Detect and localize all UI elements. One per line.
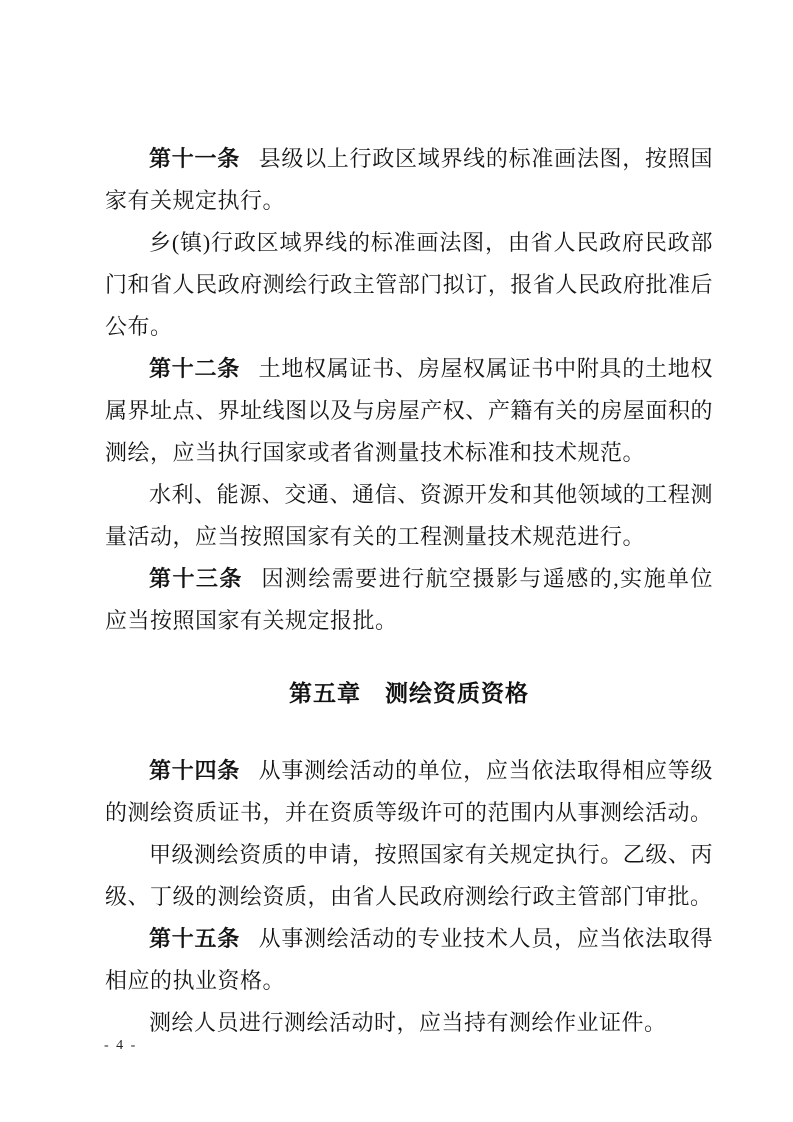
document-page: 第十一条县级以上行政区域界线的标准画法图，按照国家有关规定执行。 乡(镇)行政区… (0, 0, 793, 1122)
article-paragraph: 第十三条因测绘需要进行航空摄影与遥感的,实施单位应当按照国家有关规定报批。 (105, 558, 713, 642)
article-paragraph: 第十五条从事测绘活动的专业技术人员，应当依法取得相应的执业资格。 (105, 918, 713, 1002)
chapter-heading: 第五章 测绘资质资格 (105, 672, 713, 714)
article-number: 第十四条 (149, 758, 240, 783)
article-paragraph: 第十一条县级以上行政区域界线的标准画法图，按照国家有关规定执行。 (105, 138, 713, 222)
document-content: 第十一条县级以上行政区域界线的标准画法图，按照国家有关规定执行。 乡(镇)行政区… (105, 138, 713, 1044)
body-paragraph: 乡(镇)行政区域界线的标准画法图，由省人民政府民政部门和省人民政府测绘行政主管部… (105, 222, 713, 348)
article-number: 第十三条 (149, 566, 243, 591)
article-paragraph: 第十四条从事测绘活动的单位，应当依法取得相应等级的测绘资质证书，并在资质等级许可… (105, 750, 713, 834)
body-paragraph: 测绘人员进行测绘活动时，应当持有测绘作业证件。 (105, 1002, 713, 1044)
article-number: 第十五条 (149, 926, 240, 951)
body-paragraph: 甲级测绘资质的申请，按照国家有关规定执行。乙级、丙级、丁级的测绘资质，由省人民政… (105, 834, 713, 918)
article-number: 第十二条 (149, 356, 240, 381)
article-paragraph: 第十二条土地权属证书、房屋权属证书中附具的土地权属界址点、界址线图以及与房屋产权… (105, 348, 713, 474)
body-paragraph: 水利、能源、交通、通信、资源开发和其他领域的工程测量活动，应当按照国家有关的工程… (105, 474, 713, 558)
article-number: 第十一条 (149, 146, 240, 171)
page-number: - 4 - (104, 1038, 137, 1054)
